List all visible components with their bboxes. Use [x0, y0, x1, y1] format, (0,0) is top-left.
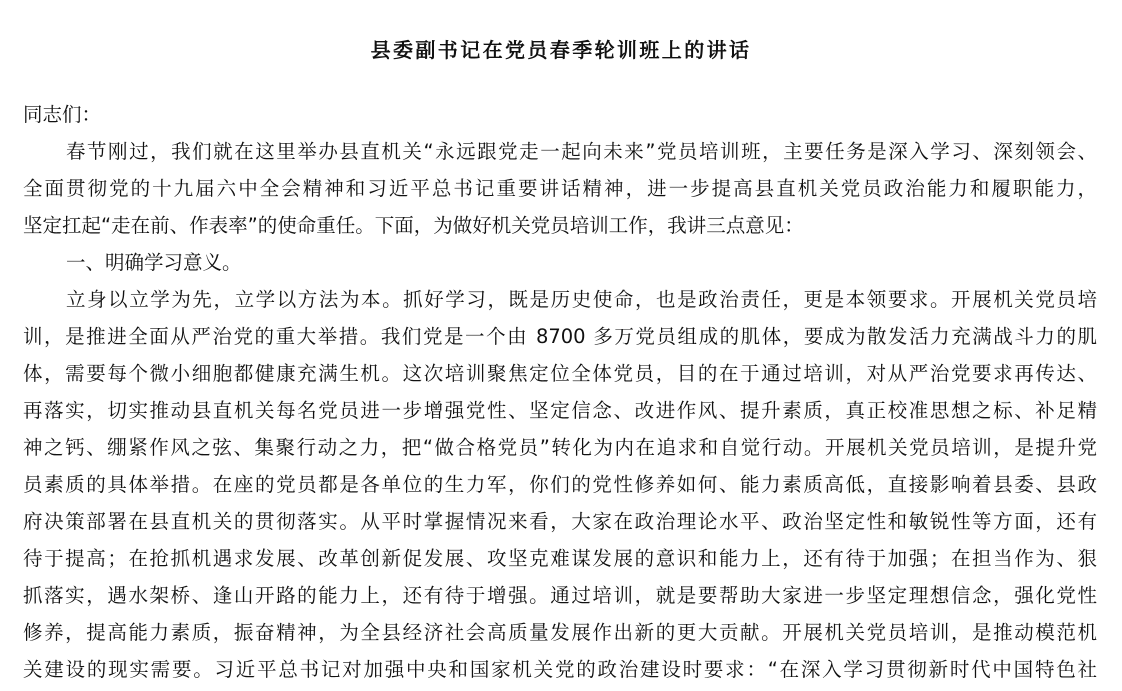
paragraph-line: 修养，提高能力素质，振奋精神，为全县经济社会高质量发展作出新的更大贡献。开展机关…	[23, 614, 1097, 651]
paragraph-line: 员素质的具体举措。在座的党员都是各单位的生力军，你们的党性修养如何、能力素质高低…	[23, 466, 1097, 503]
paragraph-line: 抓落实，遇水架桥、逢山开路的能力上，还有待于增强。通过培训，就是要帮助大家进一步…	[23, 577, 1097, 614]
paragraph-line: 待于提高；在抢抓机遇求发展、改革创新促发展、攻坚克难谋发展的意识和能力上，还有待…	[23, 540, 1097, 577]
paragraph-line: 春节刚过，我们就在这里举办县直机关“永远跟党走一起向未来”党员培训班，主要任务是…	[23, 133, 1097, 170]
paragraph-line: 全面贯彻党的十九届六中全会精神和习近平总书记重要讲话精神，进一步提高县直机关党员…	[23, 170, 1097, 207]
paragraph-line: 体，需要每个微小细胞都健康充满生机。这次培训聚焦定位全体党员，目的在于通过培训，…	[23, 355, 1097, 392]
paragraph-line: 训，是推进全面从严治党的重大举措。我们党是一个由 8700 多万党员组成的肌体，…	[23, 318, 1097, 355]
paragraph-line: 关建设的现实需要。习近平总书记对加强中央和国家机关党的政治建设时要求：“在深入学…	[23, 651, 1097, 688]
paragraph-line: 府决策部署在县直机关的贯彻落实。从平时掌握情况来看，大家在政治理论水平、政治坚定…	[23, 503, 1097, 540]
paragraph-line: 立身以立学为先，立学以方法为本。抓好学习，既是历史使命，也是政治责任，更是本领要…	[23, 281, 1097, 318]
paragraph-line: 再落实，切实推动县直机关每名党员进一步增强党性、坚定信念、改进作风、提升素质，真…	[23, 392, 1097, 429]
document-title: 县委副书记在党员春季轮训班上的讲话	[0, 36, 1122, 64]
paragraph-line: 神之钙、绷紧作风之弦、集聚行动之力，把“做合格党员”转化为内在追求和自觉行动。开…	[23, 429, 1097, 466]
salutation: 同志们：	[23, 96, 1097, 133]
section-heading: 一、明确学习意义。	[23, 244, 1097, 281]
paragraph-line: 坚定扛起“走在前、作表率”的使命重任。下面，为做好机关党员培训工作，我讲三点意见…	[23, 207, 1097, 244]
document-body: 同志们： 春节刚过，我们就在这里举办县直机关“永远跟党走一起向未来”党员培训班，…	[23, 96, 1097, 688]
